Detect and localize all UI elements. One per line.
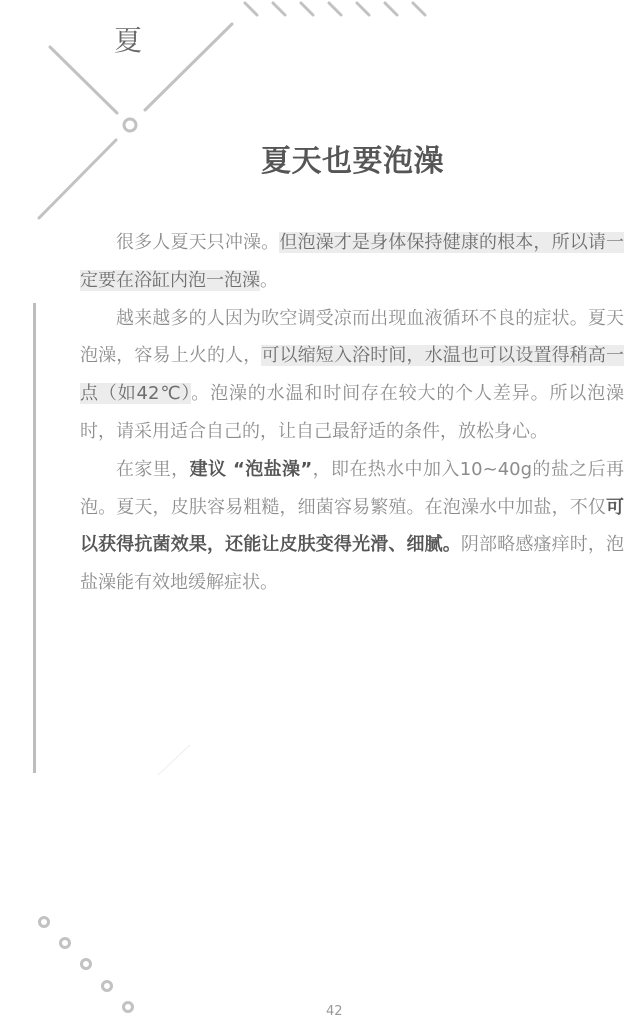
text-segment: 在家里， [116, 459, 190, 480]
ring-icon [82, 960, 91, 969]
ring-icon [124, 119, 136, 131]
article-body: 很多人夏天只冲澡。但泡澡才是身体保持健康的根本，所以请一定要在浴缸内泡一泡澡。 … [80, 224, 624, 602]
text-segment: 。 [260, 270, 278, 291]
text-segment: 很多人夏天只冲澡。 [116, 232, 279, 253]
hatch-mark [357, 3, 369, 15]
faint-stroke [158, 745, 190, 775]
ring-icon [40, 918, 49, 927]
ring-icon [61, 939, 70, 948]
paragraph-2: 越来越多的人因为吹空调受凉而出现血液循环不良的症状。夏天泡澡，容易上火的人，可以… [80, 300, 624, 451]
cross-line-top-left [50, 47, 117, 113]
cross-line-bottom-left [39, 140, 116, 218]
page-number: 42 [326, 1004, 343, 1018]
hatch-mark [413, 3, 425, 15]
bold-text: 建议 “泡盐澡” [190, 459, 313, 480]
cross-line-top-right [145, 24, 232, 110]
paragraph-1: 很多人夏天只冲澡。但泡澡才是身体保持健康的根本，所以请一定要在浴缸内泡一泡澡。 [80, 224, 624, 300]
hatch-mark [245, 3, 257, 15]
season-label: 夏 [114, 24, 142, 58]
sidebar-accent-bar [33, 303, 36, 773]
hatch-mark [301, 3, 313, 15]
hatch-mark [329, 3, 341, 15]
ring-icon [124, 1003, 133, 1012]
hatch-mark [385, 3, 397, 15]
hatch-mark [273, 3, 285, 15]
page-title: 夏天也要泡澡 [261, 143, 444, 181]
ring-icon [103, 982, 112, 991]
paragraph-3: 在家里，建议 “泡盐澡”，即在热水中加入10~40g的盐之后再泡。夏天，皮肤容易… [80, 451, 624, 602]
